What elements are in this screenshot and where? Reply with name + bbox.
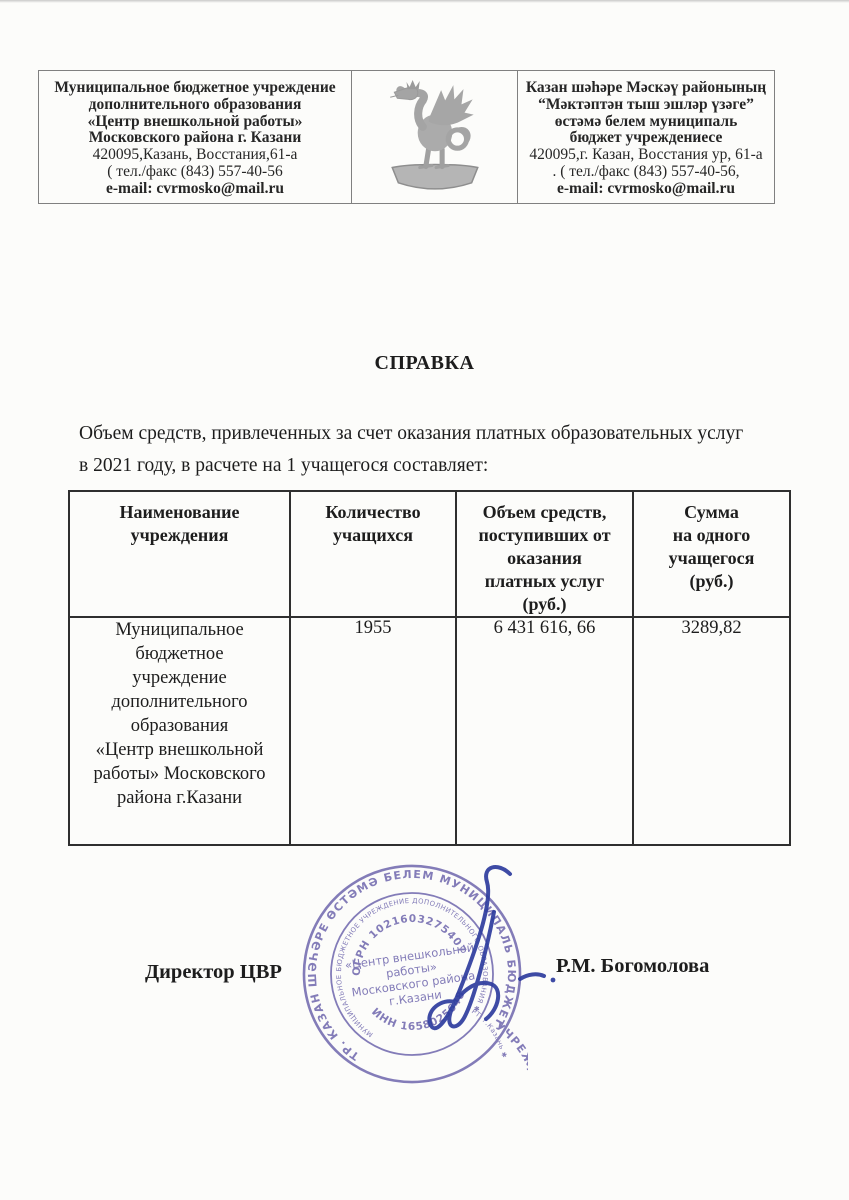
- document-title: СПРАВКА: [0, 352, 849, 375]
- org-name-line: Московского района г. Казани: [39, 130, 351, 147]
- org-phone-line: . ( тел./факс (843) 557-40-56,: [518, 164, 774, 181]
- intro-paragraph: Объем средств, привлеченных за счет оказ…: [79, 418, 809, 482]
- table-row: Муниципальное бюджетное учреждение допол…: [69, 617, 790, 845]
- cell-amount: 6 431 616, 66: [456, 617, 633, 845]
- org-address-line: 420095,г. Казан, Восстания ур, 61-а: [518, 147, 774, 164]
- emblem-cell: [352, 71, 518, 203]
- cell-institution-name: Муниципальное бюджетное учреждение допол…: [69, 617, 290, 845]
- col-header-students: Количество учащихся: [290, 491, 456, 617]
- cell-per-student: 3289,82: [633, 617, 790, 845]
- org-name-line: “Мәктәптән тыш эшләр үзәге”: [518, 97, 774, 114]
- letterhead-tatar-block: Казан шәһәре Мәскәү районының “Мәктәптән…: [518, 71, 774, 203]
- org-phone-line: ( тел./факс (843) 557-40-56: [39, 164, 351, 181]
- org-name-line: Казан шәһәре Мәскәү районының: [518, 80, 774, 97]
- paragraph-line: в 2021 году, в расчете на 1 учащегося со…: [79, 450, 809, 482]
- signature-ink: [398, 860, 568, 1060]
- cell-students-count: 1955: [290, 617, 456, 845]
- col-header-per-student: Сумма на одного учащегося (руб.): [633, 491, 790, 617]
- org-name-line: «Центр внешкольной работы»: [39, 114, 351, 131]
- zilant-coat-of-arms-icon: [383, 80, 487, 194]
- signer-role-label: Директор ЦВР: [145, 961, 282, 984]
- letterhead: Муниципальное бюджетное учреждение допол…: [38, 70, 775, 204]
- signer-name: Р.М. Богомолова: [556, 955, 709, 978]
- paragraph-line: Объем средств, привлеченных за счет оказ…: [79, 418, 809, 450]
- scanned-certificate-page: Муниципальное бюджетное учреждение допол…: [0, 0, 849, 1200]
- org-name-line: өстәмә белем муниципаль: [518, 114, 774, 131]
- org-email-line: e-mail: cvrmosko@mail.ru: [518, 181, 774, 198]
- col-header-institution: Наименование учреждения: [69, 491, 290, 617]
- table-header-row: Наименование учреждения Количество учащи…: [69, 491, 790, 617]
- funds-table: Наименование учреждения Количество учащи…: [68, 490, 791, 846]
- org-name-line: бюджет учреждениесе: [518, 130, 774, 147]
- org-email-line: e-mail: cvrmosko@mail.ru: [39, 181, 351, 198]
- org-name-line: дополнительного образования: [39, 97, 351, 114]
- col-header-amount: Объем средств, поступивших от оказания п…: [456, 491, 633, 617]
- letterhead-russian-block: Муниципальное бюджетное учреждение допол…: [39, 71, 352, 203]
- org-name-line: Муниципальное бюджетное учреждение: [39, 80, 351, 97]
- org-address-line: 420095,Казань, Восстания,61-а: [39, 147, 351, 164]
